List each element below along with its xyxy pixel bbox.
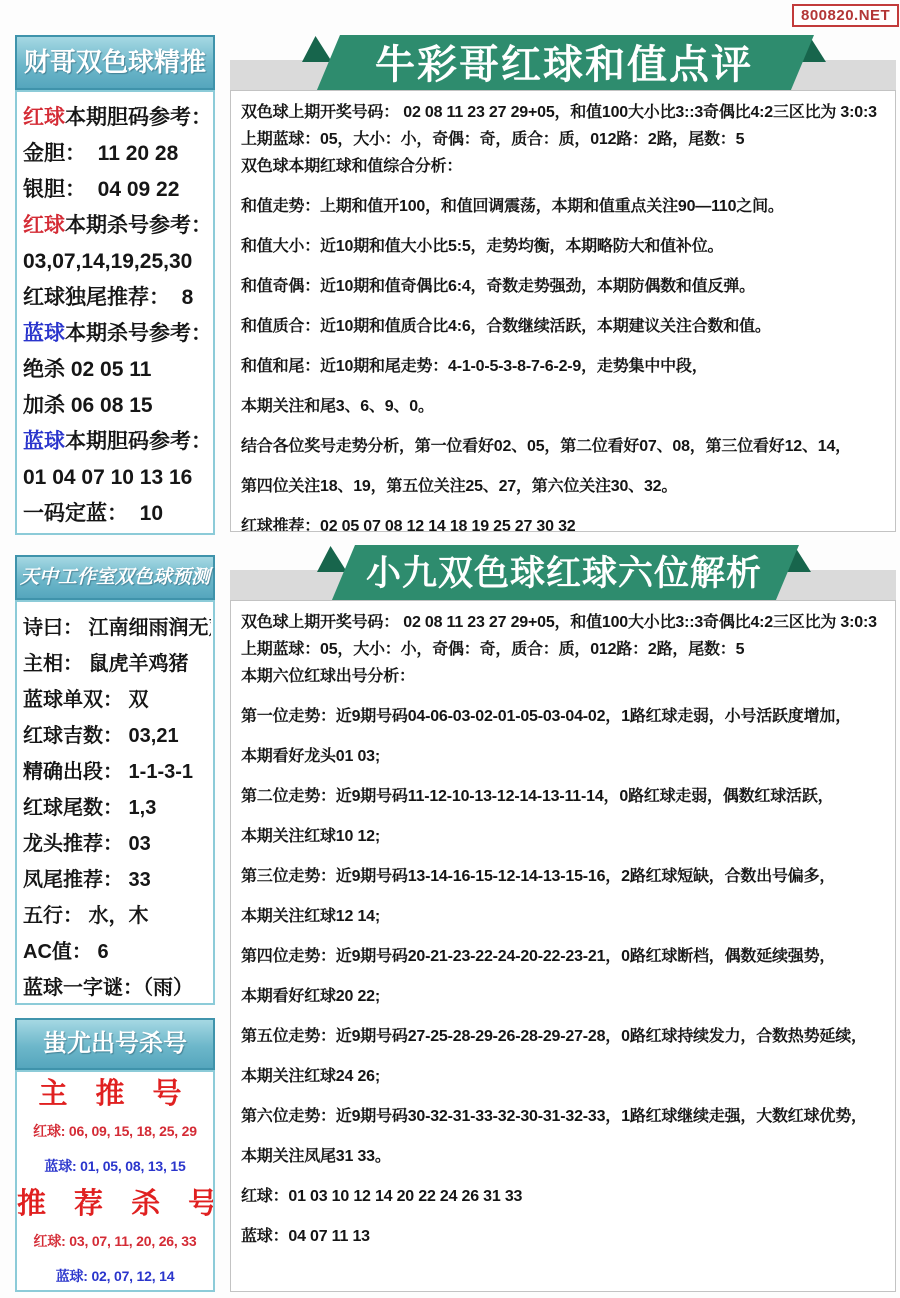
kill-blue-balls: 蓝球: 02, 07, 12, 14 [17, 1259, 213, 1292]
analysis-line: 本期关注红球24 26; [241, 1063, 885, 1090]
panel-niucaige-title: 牛彩哥红球和值点评 [314, 35, 814, 97]
analysis-line: 和值大小：近10期和值大小比5:5，走势均衡，本期略防大和值补位。 [241, 233, 885, 260]
analysis-line: 本期六位红球出号分析： [241, 663, 885, 690]
text-line: 01 04 07 10 13 16 [23, 460, 209, 496]
analysis-line: 第二位走势：近9期号码11-12-10-13-12-14-13-11-14，0路… [241, 783, 885, 810]
kill-pick-heading: 推 荐 杀 号 [17, 1184, 213, 1224]
analysis-line: 和值质合：近10期和值质合比4:6，合数继续活跃，本期建议关注合数和值。 [241, 313, 885, 340]
analysis-line: 和值奇偶：近10期和值奇偶比6:4，奇数走势强劲，本期防偶数和值反弹。 [241, 273, 885, 300]
text-line: 蓝球单双： 双 [23, 682, 211, 718]
analysis-line: 本期关注和尾3、6、9、0。 [241, 393, 885, 420]
panel-xiaojiu-title: 小九双色球红球六位解析 [329, 545, 799, 607]
analysis-line: 上期蓝球：05，大小：小，奇偶：奇，质合：质，012路：2路，尾数：5 [241, 636, 885, 663]
text-line: 龙头推荐： 03 [23, 826, 211, 862]
main-pick-heading: 主 推 号 [17, 1074, 213, 1114]
analysis-line: 本期关注凤尾31 33。 [241, 1143, 885, 1170]
analysis-line: 本期关注红球12 14; [241, 903, 885, 930]
text-line: 五行： 水，木 [23, 898, 211, 934]
text-line: 红球尾数： 1,3 [23, 790, 211, 826]
text-line: 银胆： 04 09 22 [23, 172, 209, 208]
panel-xiaojiu: 小九双色球红球六位解析 双色球上期开奖号码： 02 08 11 23 27 29… [230, 545, 898, 1292]
panel-caige-title: 财哥双色球精推 [15, 35, 215, 90]
panel-caige-body: 红球本期胆码参考： 金胆： 11 20 28 银胆： 04 09 22 红球本期… [15, 90, 215, 535]
text-line: 红球本期杀号参考： [23, 208, 209, 244]
analysis-line: 本期看好红球20 22; [241, 983, 885, 1010]
text-line: 精确出段： 1-1-3-1 [23, 754, 211, 790]
text-line: 蓝球一字谜：（雨） [23, 970, 211, 1005]
panel-niucaige-body: 双色球上期开奖号码： 02 08 11 23 27 29+05，和值100大小比… [230, 90, 896, 532]
text-line: 加杀 06 08 15 [23, 388, 209, 424]
analysis-line: 本期关注红球10 12; [241, 823, 885, 850]
site-badge[interactable]: 800820.NET [792, 4, 899, 27]
ribbon-fold-left [317, 546, 347, 572]
text-line: 金胆： 11 20 28 [23, 136, 209, 172]
lottery-prediction-page: 800820.NET 财哥双色球精推 红球本期胆码参考： 金胆： 11 20 2… [0, 0, 900, 1298]
ribbon-fold-left [302, 36, 332, 62]
panel-chiyou: 蚩尤出号杀号 主 推 号 红球: 06, 09, 15, 18, 25, 29 … [15, 1018, 215, 1292]
analysis-line: 第四位关注18、19，第五位关注25、27，第六位关注30、32。 [241, 473, 885, 500]
analysis-line: 本期看好龙头01 03; [241, 743, 885, 770]
text-line: 一码定蓝： 10 [23, 496, 209, 532]
panel-niucaige: 牛彩哥红球和值点评 双色球上期开奖号码： 02 08 11 23 27 29+0… [230, 35, 898, 532]
text-line: 蓝球本期杀号参考： [23, 316, 209, 352]
main-red-balls: 红球: 06, 09, 15, 18, 25, 29 [17, 1114, 213, 1149]
text-line: 红球本期胆码参考： [23, 100, 209, 136]
analysis-line: 红球：01 03 10 12 14 20 22 24 26 31 33 [241, 1183, 885, 1210]
panel-chiyou-body: 主 推 号 红球: 06, 09, 15, 18, 25, 29 蓝球: 01,… [15, 1070, 215, 1292]
panel-tianzhong-title: 天中工作室双色球预测 [15, 555, 215, 600]
analysis-line: 红球推荐：02 05 07 08 12 14 18 19 25 27 30 32 [241, 513, 885, 532]
analysis-line: 双色球本期红球和值综合分析： [241, 153, 885, 180]
text-line: 绝杀 02 05 11 [23, 352, 209, 388]
text-line: AC值： 6 [23, 934, 211, 970]
analysis-line: 双色球上期开奖号码： 02 08 11 23 27 29+05，和值100大小比… [241, 609, 885, 636]
analysis-line: 第六位走势：近9期号码30-32-31-33-32-30-31-32-33，1路… [241, 1103, 885, 1130]
main-blue-balls: 蓝球: 01, 05, 08, 13, 15 [17, 1149, 213, 1184]
panel-tianzhong: 天中工作室双色球预测 诗曰： 江南细雨润无声 主相： 鼠虎羊鸡猪 蓝球单双： 双… [15, 555, 215, 1005]
text-line: 03,07,14,19,25,30 [23, 244, 209, 280]
analysis-line: 结合各位奖号走势分析，第一位看好02、05，第二位看好07、08，第三位看好12… [241, 433, 885, 460]
analysis-line: 双色球上期开奖号码： 02 08 11 23 27 29+05，和值100大小比… [241, 99, 885, 126]
analysis-line: 第五位走势：近9期号码27-25-28-29-26-28-29-27-28，0路… [241, 1023, 885, 1050]
panel-caige: 财哥双色球精推 红球本期胆码参考： 金胆： 11 20 28 银胆： 04 09… [15, 35, 215, 535]
text-line: 红球吉数： 03,21 [23, 718, 211, 754]
panel-chiyou-title: 蚩尤出号杀号 [15, 1018, 215, 1070]
analysis-line: 上期蓝球：05，大小：小，奇偶：奇，质合：质，012路：2路，尾数：5 [241, 126, 885, 153]
analysis-line: 第四位走势：近9期号码20-21-23-22-24-20-22-23-21，0路… [241, 943, 885, 970]
text-line: 蓝球本期胆码参考： [23, 424, 209, 460]
text-line: 诗曰： 江南细雨润无声 [23, 610, 211, 646]
kill-red-balls: 红球: 03, 07, 11, 20, 26, 33 [17, 1224, 213, 1259]
text-line: 主相： 鼠虎羊鸡猪 [23, 646, 211, 682]
analysis-line: 第三位走势：近9期号码13-14-16-15-12-14-13-15-16，2路… [241, 863, 885, 890]
text-line: 凤尾推荐： 33 [23, 862, 211, 898]
analysis-line: 蓝球：04 07 11 13 [241, 1223, 885, 1250]
analysis-line: 和值走势：上期和值开100，和值回调震荡，本期和值重点关注90—110之间。 [241, 193, 885, 220]
panel-tianzhong-body: 诗曰： 江南细雨润无声 主相： 鼠虎羊鸡猪 蓝球单双： 双 红球吉数： 03,2… [15, 600, 215, 1005]
text-line: 红球独尾推荐： 8 [23, 280, 209, 316]
analysis-line: 和值和尾：近10期和尾走势：4-1-0-5-3-8-7-6-2-9，走势集中中段… [241, 353, 885, 380]
panel-xiaojiu-body: 双色球上期开奖号码： 02 08 11 23 27 29+05，和值100大小比… [230, 600, 896, 1292]
analysis-line: 第一位走势：近9期号码04-06-03-02-01-05-03-04-02，1路… [241, 703, 885, 730]
